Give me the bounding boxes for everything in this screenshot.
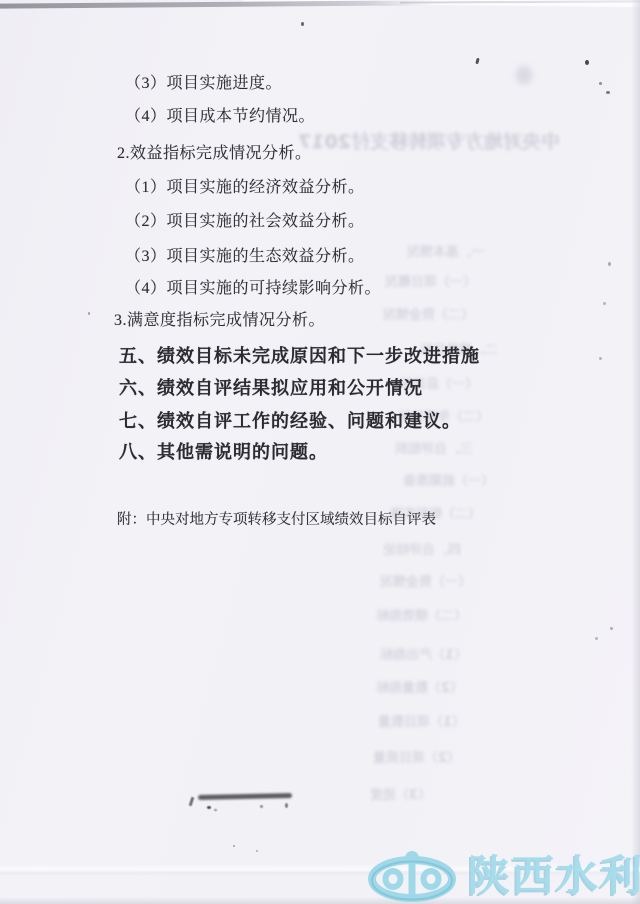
dust-speck <box>599 82 602 85</box>
dust-speck <box>88 312 90 315</box>
bleedthrough-line: （一）前期准备 <box>403 470 494 489</box>
dust-speck <box>608 262 611 266</box>
dust-speck <box>301 22 304 26</box>
doc-heading: 五、绩效目标未完成原因和下一步改进措施 <box>119 342 480 368</box>
bleedthrough-line: 四、自评结论 <box>383 539 461 558</box>
doc-line: 3.满意度指标完成情况分析。 <box>114 307 325 330</box>
bleedthrough-line: （一）资金情况 <box>380 571 471 590</box>
doc-heading: 六、绩效自评结果拟应用和公开情况 <box>119 374 423 400</box>
scan-top-edge-shadow <box>0 0 434 8</box>
ink-dot <box>214 809 217 811</box>
watermark-logo-text: 陕西水利 <box>468 850 640 902</box>
bleedthrough-line: （二）资金情况 <box>383 304 474 323</box>
doc-line: 2.效益指标完成情况分析。 <box>117 140 312 163</box>
scan-right-edge-shadow <box>631 0 640 904</box>
doc-line: （4）项目实施的可持续影响分析。 <box>125 275 381 298</box>
dust-speck <box>599 357 602 360</box>
dust-speck <box>256 850 258 852</box>
bleedthrough-line: （1）产出指标 <box>380 644 467 663</box>
ink-dot <box>260 805 263 808</box>
doc-line: （2）项目实施的社会效益分析。 <box>125 208 365 231</box>
doc-line: （1）项目实施的经济效益分析。 <box>125 174 365 197</box>
dust-speck <box>603 302 606 305</box>
ink-dot <box>207 806 211 809</box>
ink-smudge-tick <box>189 797 195 806</box>
doc-line: （3）项目实施进度。 <box>125 70 282 93</box>
dust-speck <box>610 627 613 630</box>
bleedthrough-line: 三、自评组织 <box>395 438 473 457</box>
bleedthrough-line: （二）绩效指标 <box>376 605 467 624</box>
dust-speck <box>606 91 610 94</box>
bleedthrough-title-line: 中央对地方专项转移支付2017 <box>322 127 560 154</box>
doc-heading: 八、其他需说明的问题。 <box>119 438 328 464</box>
bleedthrough-blob <box>516 66 532 84</box>
shaanxi-water-watermark: 陕西水利 <box>364 849 640 903</box>
bleedthrough-line: （2）数量指标 <box>376 677 463 696</box>
bleedthrough-line: （1）项目数量 <box>378 711 465 730</box>
doc-heading: 七、绩效自评工作的经验、问题和建议。 <box>119 407 461 433</box>
dust-speck <box>585 60 589 65</box>
doc-line: （3）项目实施的生态效益分析。 <box>125 243 365 266</box>
dust-speck <box>475 58 479 65</box>
bleedthrough-line: （3）进度 <box>370 784 431 803</box>
ink-dot <box>285 803 288 808</box>
scanned-document-page: 中央对地方专项转移支付2017 一、基本情况 （一）项目概况 （二）资金情况 二… <box>0 0 640 904</box>
bleedthrough-line: 一、基本情况 <box>407 241 485 260</box>
water-resources-logo-icon <box>364 849 460 903</box>
bleedthrough-line: （一）项目概况 <box>385 271 476 290</box>
ink-smudge <box>198 793 292 800</box>
doc-attachment-line: 附：中央对地方专项转移支付区域绩效目标自评表 <box>117 508 436 529</box>
bleedthrough-line: （2）项目质量 <box>373 747 460 766</box>
doc-line: （4）项目成本节约情况。 <box>125 103 315 126</box>
dust-speck <box>595 637 598 640</box>
dust-speck <box>233 845 235 847</box>
